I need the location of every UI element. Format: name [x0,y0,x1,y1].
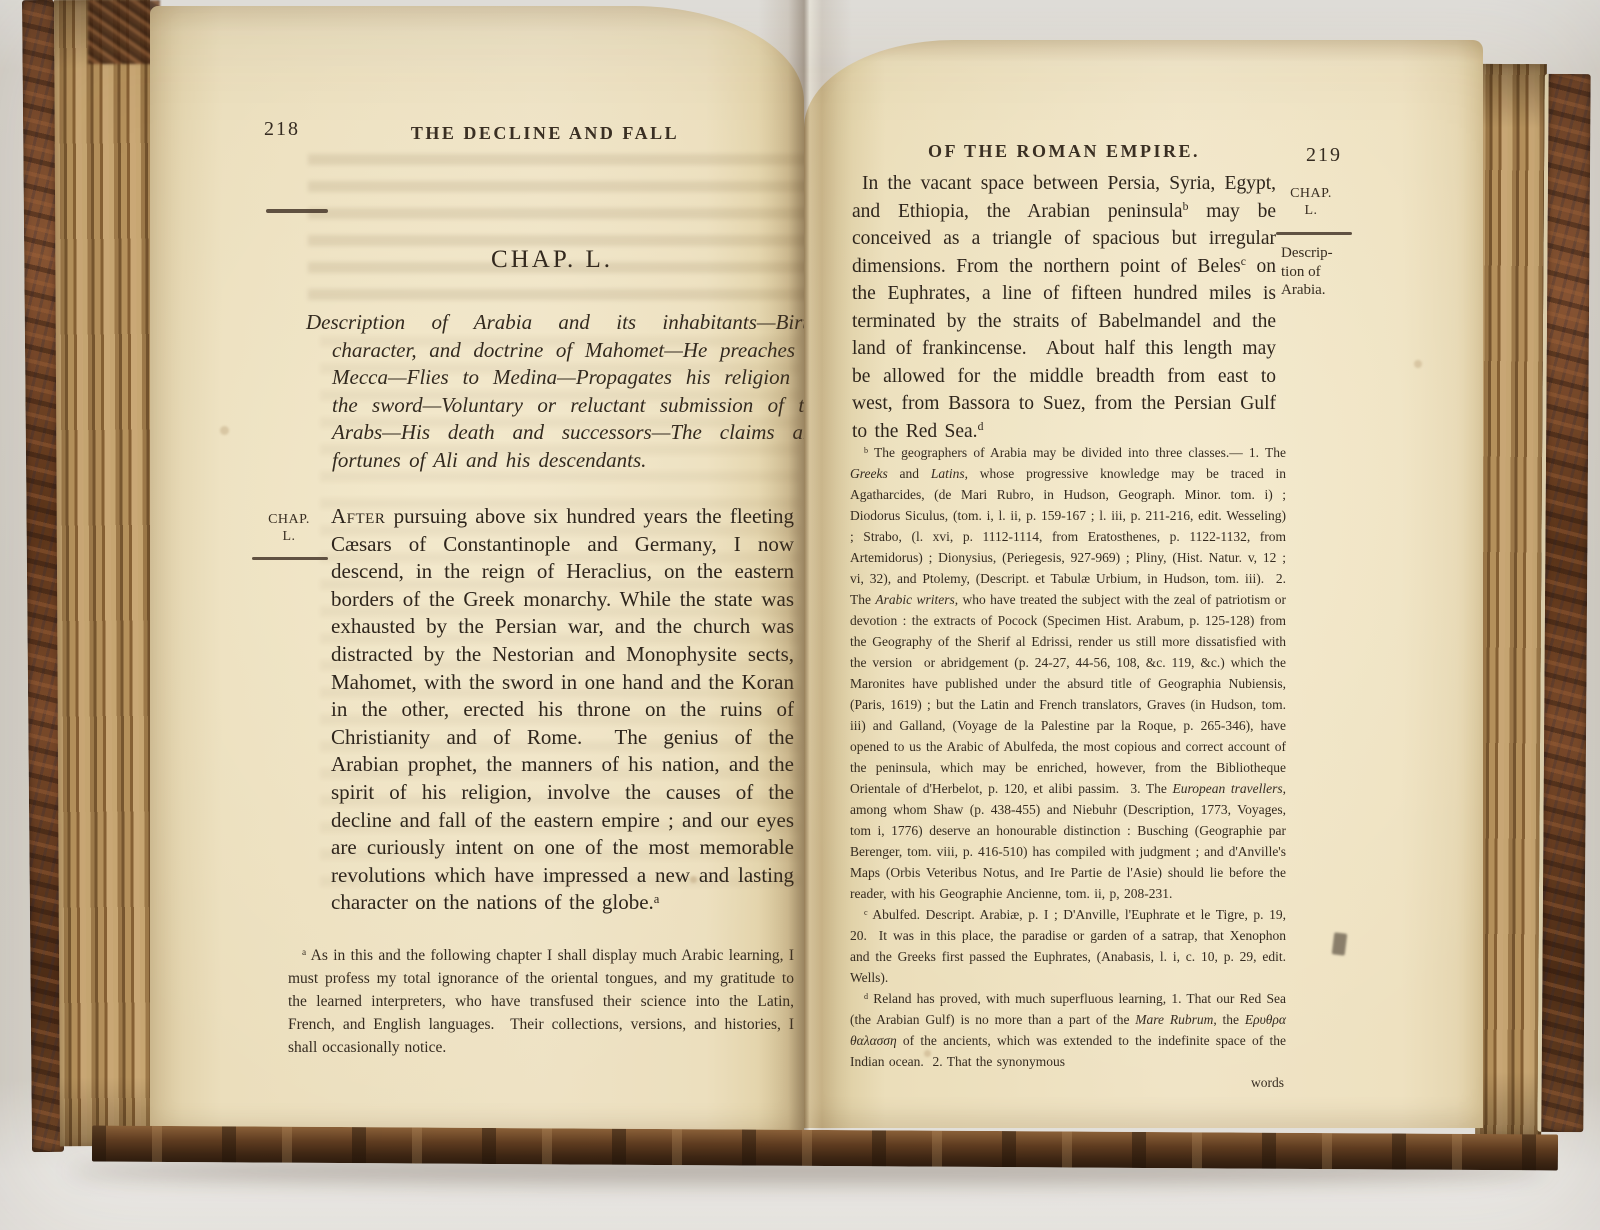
photo-background: 218 THE DECLINE AND FALL CHAP. L. Descri… [0,0,1600,1230]
footnote-a-text: a As in this and the following chapter I… [288,944,794,1059]
bleed-through-text [308,154,808,312]
page-left: 218 THE DECLINE AND FALL CHAP. L. Descri… [150,6,804,1138]
margin-side-note: Descrip- tion of Arabia. [1281,244,1357,300]
page-number: 218 [264,118,300,141]
margin-note-rule [252,557,328,560]
footnote-c: c Abulfed. Descript. Arabiæ, p. I ; D'An… [850,904,1286,988]
page-right: OF THE ROMAN EMPIRE. 219 In the vacant s… [804,40,1483,1128]
section-rule [266,209,328,213]
footnote-d: d Reland has proved, with much superfluo… [850,988,1286,1072]
footnote-b: b The geographers of Arabia may be divid… [850,442,1286,904]
margin-note-rule [1276,232,1352,235]
ink-smudge [1332,932,1348,955]
body-text: After pursuing above six hundred years t… [331,503,794,917]
running-header: OF THE ROMAN EMPIRE. [913,141,1215,162]
margin-chapter-note: CHAP. L. [256,511,322,545]
chapter-summary: Description of Arabia and its inhabitant… [306,309,824,474]
page-block-fore-edge-left [54,0,156,1146]
page-number: 219 [1306,144,1342,167]
marbled-cover-right-edge [1537,74,1590,1132]
foxing-spot [1414,360,1422,368]
footnote-a: a As in this and the following chapter I… [288,944,794,1059]
page-block-fore-edge-right [1475,64,1547,1136]
running-header: THE DECLINE AND FALL [380,123,710,144]
body-text: In the vacant space between Persia, Syri… [852,170,1276,445]
footnotes: b The geographers of Arabia may be divid… [850,442,1286,1093]
margin-chapter-note: CHAP. L. [1278,185,1344,219]
foxing-spot [220,426,229,435]
catchword: words [850,1072,1286,1093]
chapter-heading: CHAP. L. [402,246,702,274]
